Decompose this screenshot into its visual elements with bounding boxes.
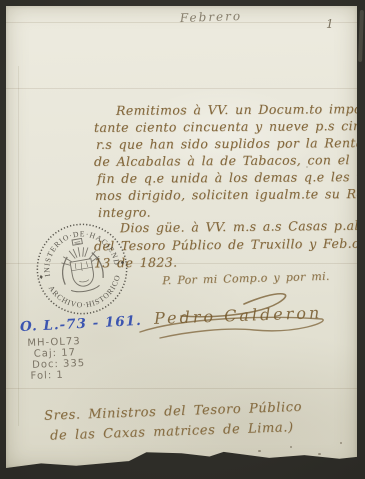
paper-speck xyxy=(340,442,342,444)
address-block: Sres. Ministros del Tesoro Público de la… xyxy=(36,402,316,441)
archive-stamp: MINISTERIO·DE·HACIENDA ARCHIVO·HISTORICO… xyxy=(26,213,137,324)
closing-line: Dios güe. à VV. m.s a.s Casas p.ales xyxy=(120,217,360,237)
letter-line: de Alcabalas à la de Tabacos, con el xyxy=(94,151,360,170)
svg-text:ARCHIVO·HISTORICO: ARCHIVO·HISTORICO xyxy=(46,272,127,315)
fold-line xyxy=(6,88,357,89)
letter-line: tante ciento cincuenta y nueve p.s cinco xyxy=(94,117,360,136)
stamp-emblem xyxy=(57,236,106,295)
fold-line xyxy=(6,388,357,389)
paper-speck xyxy=(290,446,292,448)
folio-number: 1 xyxy=(326,17,334,31)
pencil-annotations: MH-OL73 Caj: 17 Doc: 335 Fol: 1 xyxy=(27,336,85,382)
paper-speck xyxy=(318,453,321,455)
letter-line: fin de q.e unida à los demas q.e les ten… xyxy=(97,168,360,187)
adjacent-sheet-edge xyxy=(358,10,364,62)
paper-sheet: Febrero 1 Remitimos à VV. un Docum.to im… xyxy=(6,6,357,468)
month-header-label: Febrero xyxy=(156,8,266,26)
paper-speck xyxy=(258,450,261,452)
letter-body: Remitimos à VV. un Docum.to impor- tante… xyxy=(94,101,360,220)
pencil-line: Fol: 1 xyxy=(30,369,85,382)
letter-line: r.s que han sido suplidos por la Renta xyxy=(96,134,360,153)
letter-line: Remitimos à VV. un Docum.to impor- xyxy=(116,100,360,119)
letter-line: mos dirigido, soliciten igualm.te su Re- xyxy=(95,185,360,204)
blue-reference-annotation: O. L.-73 - 161. xyxy=(20,313,143,335)
scan-background: Febrero 1 Remitimos à VV. un Docum.to im… xyxy=(0,0,365,479)
valediction: P. Por mi Comp.o y por mi. xyxy=(156,270,336,288)
stamp-right-diamond: ♦ xyxy=(119,259,125,267)
fold-line-vertical xyxy=(18,66,19,426)
closing-line: 13 de 1823. xyxy=(94,252,360,272)
signature-block: Pedro Calderon xyxy=(126,288,341,348)
letter-closing: Dios güe. à VV. m.s a.s Casas p.ales del… xyxy=(94,218,360,271)
stamp-bottom-text: ARCHIVO·HISTORICO xyxy=(46,272,127,315)
